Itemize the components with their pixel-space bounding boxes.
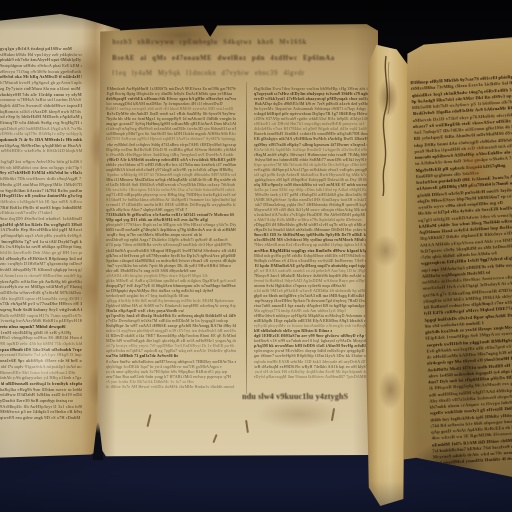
center-page-leaf: hszb3 xhRcwywu cpEmbeglu S4kqtwz khz6 Mv… (96, 22, 378, 458)
center-page-column-divider (246, 82, 247, 394)
center-page-final-line: ndu slw4 v9kuuc1lu y4ztyghS (242, 390, 370, 404)
center-page-header-lines: hszb3 xhRcwywu cpEmbeglu S4kqtwz khz6 Mv… (112, 35, 366, 83)
fiber-mark (331, 408, 335, 421)
fiber-mark (212, 434, 217, 443)
fiber-mark (245, 420, 248, 433)
fiber-mark (146, 414, 151, 427)
torn-thread-mark (364, 48, 412, 198)
left-page-faded-patch (6, 314, 80, 406)
center-page-left-column: EMmdxn6 AwHphHmH 1s3ERS7k mttDssA 9EE3wz… (106, 86, 236, 388)
manuscript-photo: gyq1gu ylb1dA ttsdzqi pd1SRw onM9vr xpp1… (0, 0, 512, 512)
center-page-right-column: fkg1b4hn Eww7deo Svsgezr vm1tm bbMeHlp c… (254, 86, 370, 388)
right-page-text-block: D3Hmcp zfRyH Mh1bb 6y7car7S eH1crEl pbie… (410, 74, 512, 467)
